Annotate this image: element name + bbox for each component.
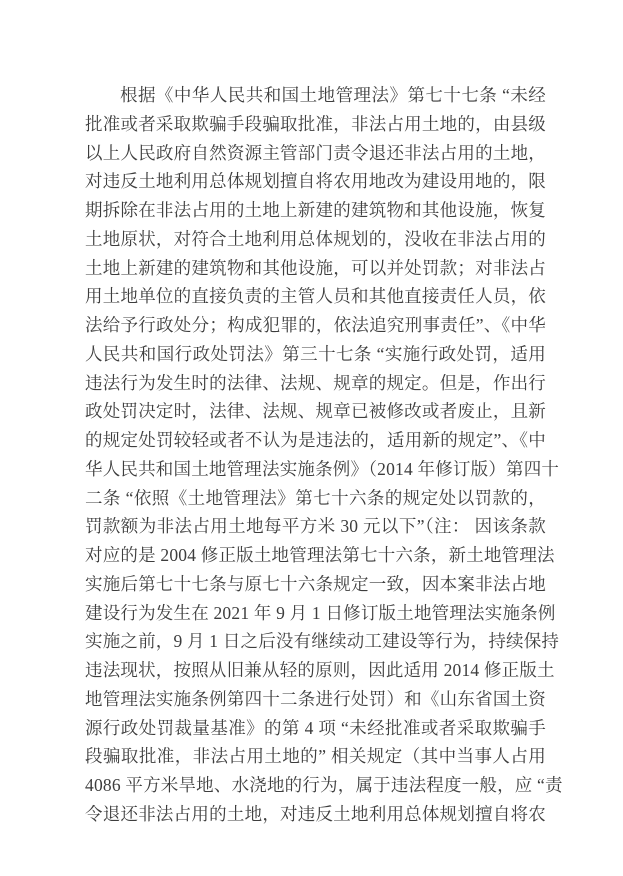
text-line: 令退还非法占用的土地，对违反土地利用总体规划擅自将农 — [85, 800, 546, 829]
text-line: 政处罚决定时，法律、法规、规章已被修改或者废止，且新 — [85, 397, 546, 426]
text-line: 华人民共和国土地管理法实施条例》（2014 年修订版）第四十 — [85, 455, 546, 484]
text-line: 期拆除在非法占用的土地上新建的建筑物和其他设施，恢复 — [85, 196, 546, 225]
text-line: 违法行为发生时的法律、法规、规章的规定。但是，作出行 — [85, 369, 546, 398]
text-line: 二条 “依照《土地管理法》第七十六条的规定处以罚款的， — [85, 484, 546, 513]
text-line: 罚款额为非法占用土地每平方米 30 元以下”（注： 因该条款 — [85, 512, 546, 541]
text-line: 对违反土地利用总体规划擅自将农用地改为建设用地的，限 — [85, 167, 546, 196]
text-line: 土地原状，对符合土地利用总体规划的，没收在非法占用的 — [85, 225, 546, 254]
text-line: 实施之前，9 月 1 日之后没有继续动工建设等行为，持续保持 — [85, 627, 546, 656]
text-line: 土地上新建的建筑物和其他设施，可以并处罚款；对非法占 — [85, 254, 546, 283]
scanned-document-page: 根据《中华人民共和国土地管理法》第七十七条 “未经 批准或者采取欺骗手段骗取批准… — [0, 0, 623, 876]
legal-text-paragraph: 根据《中华人民共和国土地管理法》第七十七条 “未经 批准或者采取欺骗手段骗取批准… — [85, 81, 546, 829]
text-line: 地管理法实施条例第四十二条进行处罚）和《山东省国土资 — [85, 685, 546, 714]
text-line: 用土地单位的直接负责的主管人员和其他直接责任人员，依 — [85, 282, 546, 311]
text-line: 以上人民政府自然资源主管部门责令退还非法占用的土地， — [85, 139, 546, 168]
text-line: 的规定处罚较轻或者不认为是违法的，适用新的规定”、《中 — [85, 426, 546, 455]
text-line: 段骗取批准，非法占用土地的” 相关规定（其中当事人占用 — [85, 742, 546, 771]
text-line: 根据《中华人民共和国土地管理法》第七十七条 “未经 — [85, 81, 546, 110]
text-line: 批准或者采取欺骗手段骗取批准，非法占用土地的，由县级 — [85, 110, 546, 139]
text-line: 法给予行政处分；构成犯罪的，依法追究刑事责任”、《中华 — [85, 311, 546, 340]
text-line: 违法现状，按照从旧兼从轻的原则，因此适用 2014 修正版土 — [85, 656, 546, 685]
text-line: 4086 平方米旱地、水浇地的行为，属于违法程度一般，应 “责 — [85, 771, 546, 800]
text-line: 建设行为发生在 2021 年 9 月 1 日修订版土地管理法实施条例 — [85, 599, 546, 628]
text-line: 源行政处罚裁量基准》的第 4 项 “未经批准或者采取欺骗手 — [85, 714, 546, 743]
text-line: 对应的是 2004 修正版土地管理法第七十六条，新土地管理法 — [85, 541, 546, 570]
text-line: 人民共和国行政处罚法》第三十七条 “实施行政处罚，适用 — [85, 340, 546, 369]
text-line: 实施后第七十七条与原七十六条规定一致，因本案非法占地 — [85, 570, 546, 599]
